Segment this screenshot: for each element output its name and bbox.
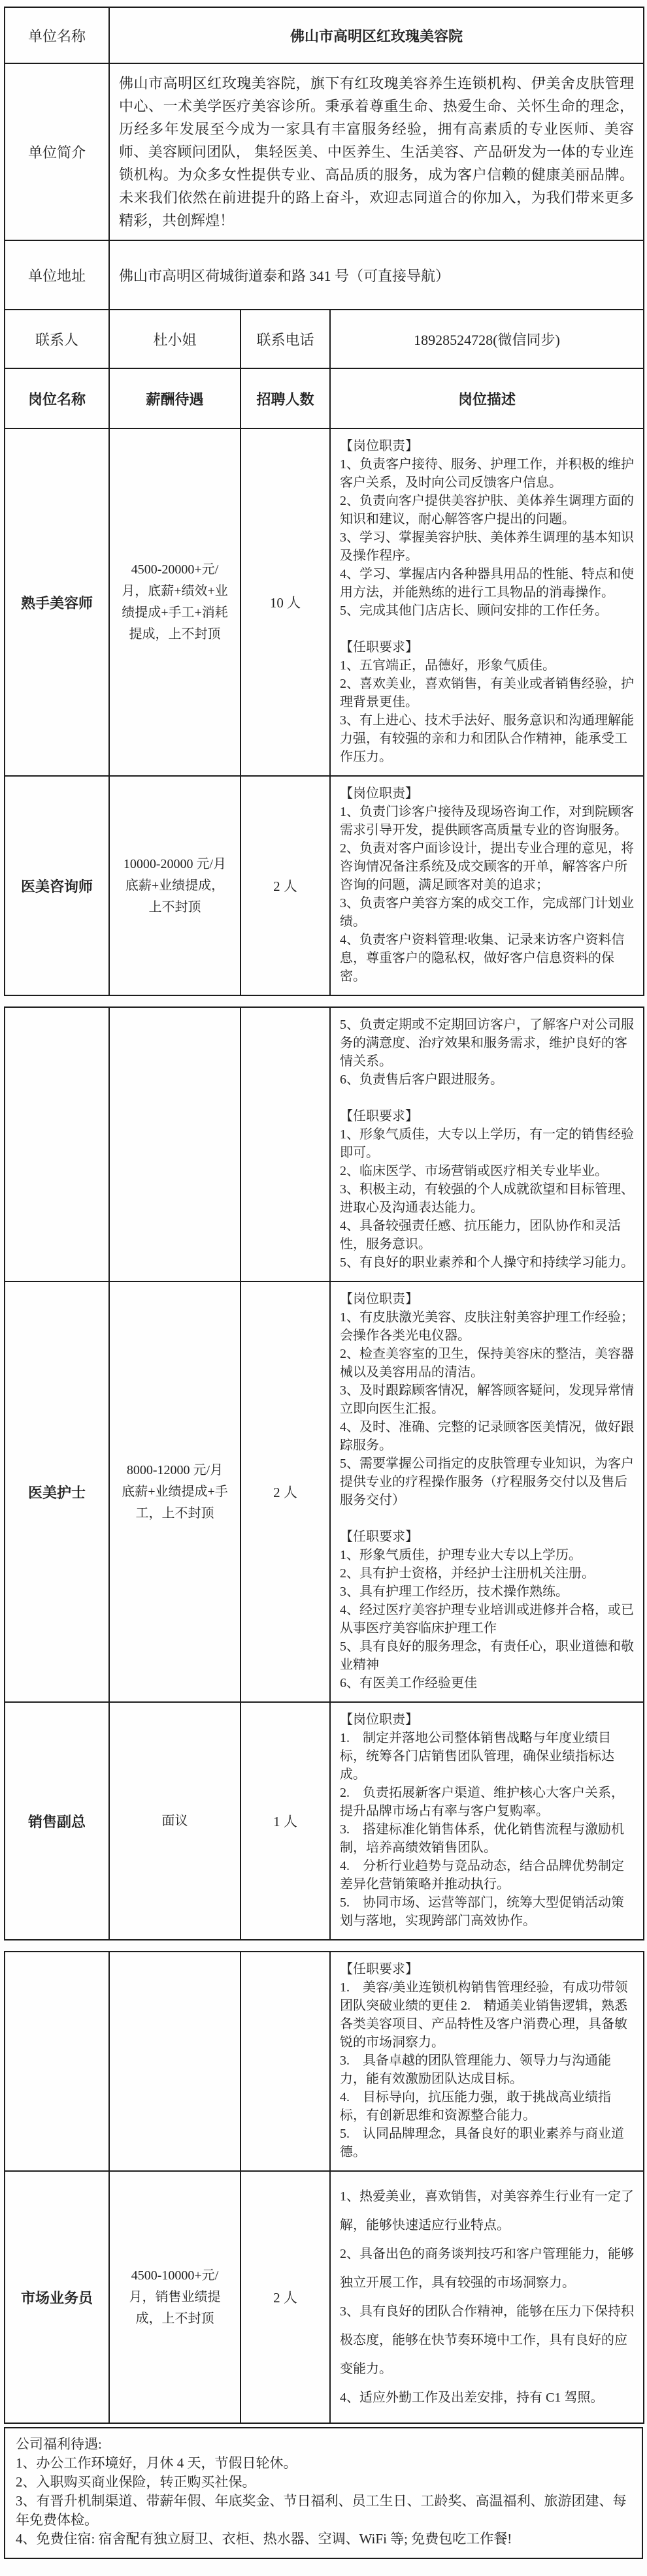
job-headcount-cell: 2 人 bbox=[241, 776, 330, 995]
job-name-cell bbox=[5, 1007, 109, 1281]
contact-label: 联系人 bbox=[5, 310, 109, 368]
job-headcount-cell bbox=[241, 1007, 330, 1281]
job-description-text: 【岗位职责】 1. 制定并落地公司整体销售战略与年度业绩目标，统筹各门店销售团队… bbox=[331, 1703, 643, 1939]
job-headcount-cell: 1 人 bbox=[241, 1702, 330, 1940]
job-salary-cell: 10000-20000 元/月 底薪+业绩提成，上不封顶 bbox=[109, 776, 241, 995]
job-salary-cell bbox=[109, 1952, 241, 2171]
job-salary-cell: 4500-20000+元/月，底薪+绩效+业绩提成+手工+消耗提成，上不封顶 bbox=[109, 428, 241, 776]
job-salary-text: 4500-20000+元/月，底薪+绩效+业绩提成+手工+消耗提成，上不封顶 bbox=[120, 559, 229, 645]
job-description-text: 【岗位职责】 1、负责门诊客户接待及现场咨询工作，对到院顾客需求引导开发，提供顾… bbox=[331, 777, 643, 995]
job-description-text: 【任职要求】 1. 美容/美业连锁机构销售管理经验，有成功带领团队突破业绩的更佳… bbox=[331, 1952, 643, 2170]
unit-intro-cell: 佛山市高明区红玫瑰美容院，旗下有红玫瑰美容养生连锁机构、伊美舍皮肤管理中心、一术… bbox=[109, 63, 644, 240]
header-salary: 薪酬待遇 bbox=[109, 368, 241, 428]
job-name-cell: 销售副总 bbox=[5, 1702, 109, 1940]
job-salary-text: 面议 bbox=[120, 1811, 229, 1832]
job-description-text: 5、负责定期或不定期回访客户，了解客户对公司服务的满意度、治疗效果和服务需求，维… bbox=[331, 1008, 643, 1281]
job-row-sales-vp-continued: 【任职要求】 1. 美容/美业连锁机构销售管理经验，有成功带领团队突破业绩的更佳… bbox=[5, 1952, 644, 2171]
job-row-nurse: 医美护士 8000-12000 元/月 底薪+业绩提成+手工，上不封顶 2 人 … bbox=[5, 1281, 644, 1702]
job-description-cell: 【岗位职责】 1、有皮肤激光美容、皮肤注射美容护理工作经验；会操作各类光电仪器。… bbox=[330, 1281, 644, 1702]
unit-intro-text: 佛山市高明区红玫瑰美容院，旗下有红玫瑰美容养生连锁机构、伊美舍皮肤管理中心、一术… bbox=[119, 72, 634, 232]
job-description-text: 【岗位职责】 1、负责客户接待、服务、护理工作，并积极的维护客户关系，及时向公司… bbox=[331, 429, 643, 775]
benefits-items: 1、办公工作环境好，月休 4 天，节假日轮休。 2、入职购买商业保险，转正购买社… bbox=[16, 2454, 631, 2549]
job-name-cell: 医美护士 bbox=[5, 1281, 109, 1702]
job-salary-text: 4500-10000+元/月，销售业绩提成，上不封顶 bbox=[120, 2265, 229, 2330]
job-row-sales-vp: 销售副总 面议 1 人 【岗位职责】 1. 制定并落地公司整体销售战略与年度业绩… bbox=[5, 1702, 644, 1940]
job-name-cell: 医美咨询师 bbox=[5, 776, 109, 995]
unit-address-row: 单位地址 佛山市高明区荷城街道泰和路 341 号（可直接导航） bbox=[5, 240, 644, 310]
header-headcount: 招聘人数 bbox=[241, 368, 330, 428]
unit-address-label: 单位地址 bbox=[5, 240, 109, 310]
job-salary-text: 10000-20000 元/月 底薪+业绩提成，上不封顶 bbox=[120, 854, 229, 918]
job-salary-cell bbox=[109, 1007, 241, 1281]
job-salary-text: 8000-12000 元/月 底薪+业绩提成+手工，上不封顶 bbox=[120, 1460, 229, 1524]
unit-intro-row: 单位简介 佛山市高明区红玫瑰美容院，旗下有红玫瑰美容养生连锁机构、伊美舍皮肤管理… bbox=[5, 63, 644, 240]
phone-value: 18928524728(微信同步) bbox=[330, 310, 644, 368]
job-row-consultant-continued: 5、负责定期或不定期回访客户，了解客户对公司服务的满意度、治疗效果和服务需求，维… bbox=[5, 1007, 644, 1281]
phone-label: 联系电话 bbox=[241, 310, 330, 368]
job-table-2: 5、负责定期或不定期回访客户，了解客户对公司服务的满意度、治疗效果和服务需求，维… bbox=[4, 1006, 644, 1940]
job-name-cell: 市场业务员 bbox=[5, 2171, 109, 2423]
job-salary-cell: 8000-12000 元/月 底薪+业绩提成+手工，上不封顶 bbox=[109, 1281, 241, 1702]
job-salary-cell: 面议 bbox=[109, 1702, 241, 1940]
unit-address-text: 佛山市高明区荷城街道泰和路 341 号（可直接导航） bbox=[119, 265, 634, 285]
job-headcount-cell: 10 人 bbox=[241, 428, 330, 776]
contact-name: 杜小姐 bbox=[109, 310, 241, 368]
table-gap bbox=[4, 996, 643, 1006]
table-gap bbox=[4, 1940, 643, 1951]
job-salary-cell: 4500-10000+元/月，销售业绩提成，上不封顶 bbox=[109, 2171, 241, 2423]
benefits-box: 公司福利待遇: 1、办公工作环境好，月休 4 天，节假日轮休。 2、入职购买商业… bbox=[4, 2427, 643, 2559]
job-row-market-salesperson: 市场业务员 4500-10000+元/月，销售业绩提成，上不封顶 2 人 1、热… bbox=[5, 2171, 644, 2423]
benefits-title: 公司福利待遇: bbox=[16, 2435, 631, 2454]
job-description-cell: 【岗位职责】 1、负责门诊客户接待及现场咨询工作，对到院顾客需求引导开发，提供顾… bbox=[330, 776, 644, 995]
job-table-header-row: 岗位名称 薪酬待遇 招聘人数 岗位描述 bbox=[5, 368, 644, 428]
unit-intro-label: 单位简介 bbox=[5, 63, 109, 240]
job-posting-page: 单位名称 佛山市高明区红玫瑰美容院 单位简介 佛山市高明区红玫瑰美容院，旗下有红… bbox=[0, 0, 647, 2564]
unit-name-label: 单位名称 bbox=[5, 7, 109, 63]
company-info-table: 单位名称 佛山市高明区红玫瑰美容院 单位简介 佛山市高明区红玫瑰美容院，旗下有红… bbox=[4, 7, 644, 996]
job-headcount-cell: 2 人 bbox=[241, 2171, 330, 2423]
job-name-cell bbox=[5, 1952, 109, 2171]
job-description-cell: 1、热爱美业，喜欢销售，对美容养生行业有一定了解，能够快速适应行业特点。 2、具… bbox=[330, 2171, 644, 2423]
job-description-text: 【岗位职责】 1、有皮肤激光美容、皮肤注射美容护理工作经验；会操作各类光电仪器。… bbox=[331, 1282, 643, 1701]
job-description-cell: 【任职要求】 1. 美容/美业连锁机构销售管理经验，有成功带领团队突破业绩的更佳… bbox=[330, 1952, 644, 2171]
unit-address-cell: 佛山市高明区荷城街道泰和路 341 号（可直接导航） bbox=[109, 240, 644, 310]
unit-name-row: 单位名称 佛山市高明区红玫瑰美容院 bbox=[5, 7, 644, 63]
contact-row: 联系人 杜小姐 联系电话 18928524728(微信同步) bbox=[5, 310, 644, 368]
header-description: 岗位描述 bbox=[330, 368, 644, 428]
job-description-cell: 【岗位职责】 1. 制定并落地公司整体销售战略与年度业绩目标，统筹各门店销售团队… bbox=[330, 1702, 644, 1940]
header-position: 岗位名称 bbox=[5, 368, 109, 428]
unit-name-value: 佛山市高明区红玫瑰美容院 bbox=[109, 7, 644, 63]
job-description-text: 1、热爱美业，喜欢销售，对美容养生行业有一定了解，能够快速适应行业特点。 2、具… bbox=[331, 2172, 643, 2423]
job-description-cell: 5、负责定期或不定期回访客户，了解客户对公司服务的满意度、治疗效果和服务需求，维… bbox=[330, 1007, 644, 1281]
job-table-3: 【任职要求】 1. 美容/美业连锁机构销售管理经验，有成功带领团队突破业绩的更佳… bbox=[4, 1951, 644, 2424]
job-row-consultant: 医美咨询师 10000-20000 元/月 底薪+业绩提成，上不封顶 2 人 【… bbox=[5, 776, 644, 995]
job-headcount-cell: 2 人 bbox=[241, 1281, 330, 1702]
job-row-beautician: 熟手美容师 4500-20000+元/月，底薪+绩效+业绩提成+手工+消耗提成，… bbox=[5, 428, 644, 776]
job-headcount-cell bbox=[241, 1952, 330, 2171]
job-name-cell: 熟手美容师 bbox=[5, 428, 109, 776]
job-description-cell: 【岗位职责】 1、负责客户接待、服务、护理工作，并积极的维护客户关系，及时向公司… bbox=[330, 428, 644, 776]
